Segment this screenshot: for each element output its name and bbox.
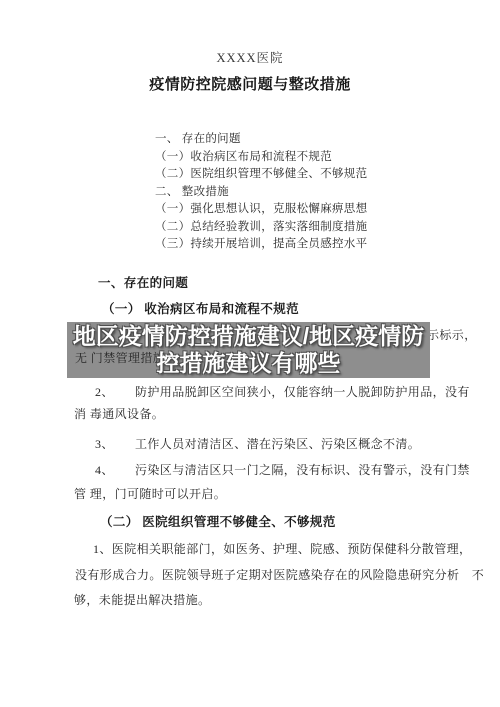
body-line-item2-continuation: 消 毒通风设备。: [74, 406, 164, 422]
body-line-item4: 4、污染区与清洁区只一门之隔，没有标识、没有警示，没有门禁: [95, 462, 470, 478]
body-line-item3: 3、工作人员对清洁区、潜在污染区、污染区概念不清。: [95, 436, 420, 452]
subsection-heading-org-management: （二） 医院组织管理不够健全、不够规范: [100, 514, 336, 530]
body-line-para2-1: 1、医院相关职能部门，如医务、护理、院感、预防保健科分散管理，: [93, 541, 471, 557]
item4-number: 4、: [95, 462, 135, 478]
watermark-line-1: 地区疫情防控措施建议/地区疫情防: [73, 323, 424, 350]
toc-item: （一）强化思想认识，克服松懈麻痹思想: [155, 201, 367, 219]
body-line-para2-2: 没有形成合力。医院领导班子定期对医院感染存在的风险隐患研究分析 不: [75, 567, 484, 583]
toc-item: （三）持续开展培训，提高全员感控水平: [155, 236, 367, 254]
toc-item: 一、 存在的问题: [155, 131, 367, 149]
item3-number: 3、: [95, 436, 135, 452]
body-line-item2: 2、防护用品脱卸区空间狭小，仅能容纳一人脱卸防护用品，没有: [95, 384, 470, 400]
document-title: 疫情防控院感问题与整改措施: [0, 73, 500, 94]
body-line-item4-continuation: 管 理，门可随时可以开启。: [74, 486, 226, 502]
toc-item: 二、 整改措施: [155, 184, 367, 202]
item2-text: 防护用品脱卸区空间狭小，仅能容纳一人脱卸防护用品，没有: [135, 385, 470, 399]
watermark-text: 地区疫情防控措施建议/地区疫情防 控措施建议有哪些: [67, 322, 430, 378]
table-of-contents: 一、 存在的问题 （一）收治病区布局和流程不规范 （二）医院组织管理不够健全、不…: [155, 131, 367, 254]
toc-item: （二）医院组织管理不够健全、不够规范: [155, 166, 367, 184]
section-heading-problems: 一、存在的问题: [98, 275, 188, 291]
toc-item: （二）总结经验教训，落实落细制度措施: [155, 219, 367, 237]
document-page: XXXX医院 疫情防控院感问题与整改措施 一、 存在的问题 （一）收治病区布局和…: [0, 0, 500, 707]
item4-text: 污染区与清洁区只一门之隔，没有标识、没有警示，没有门禁: [135, 463, 470, 477]
body-line-para2-3: 够，未能提出解决措施。: [74, 592, 210, 608]
hospital-name: XXXX医院: [0, 48, 500, 66]
item2-number: 2、: [95, 384, 135, 400]
obscured-line-fragment-right: 示标示，: [427, 327, 477, 343]
item3-text: 工作人员对清洁区、潜在污染区、污染区概念不清。: [135, 437, 420, 451]
watermark-line-2: 控措施建议有哪些: [157, 350, 341, 377]
subsection-heading-ward-layout: （一） 收治病区布局和流程不规范: [102, 301, 299, 317]
toc-item: （一）收治病区布局和流程不规范: [155, 149, 367, 167]
